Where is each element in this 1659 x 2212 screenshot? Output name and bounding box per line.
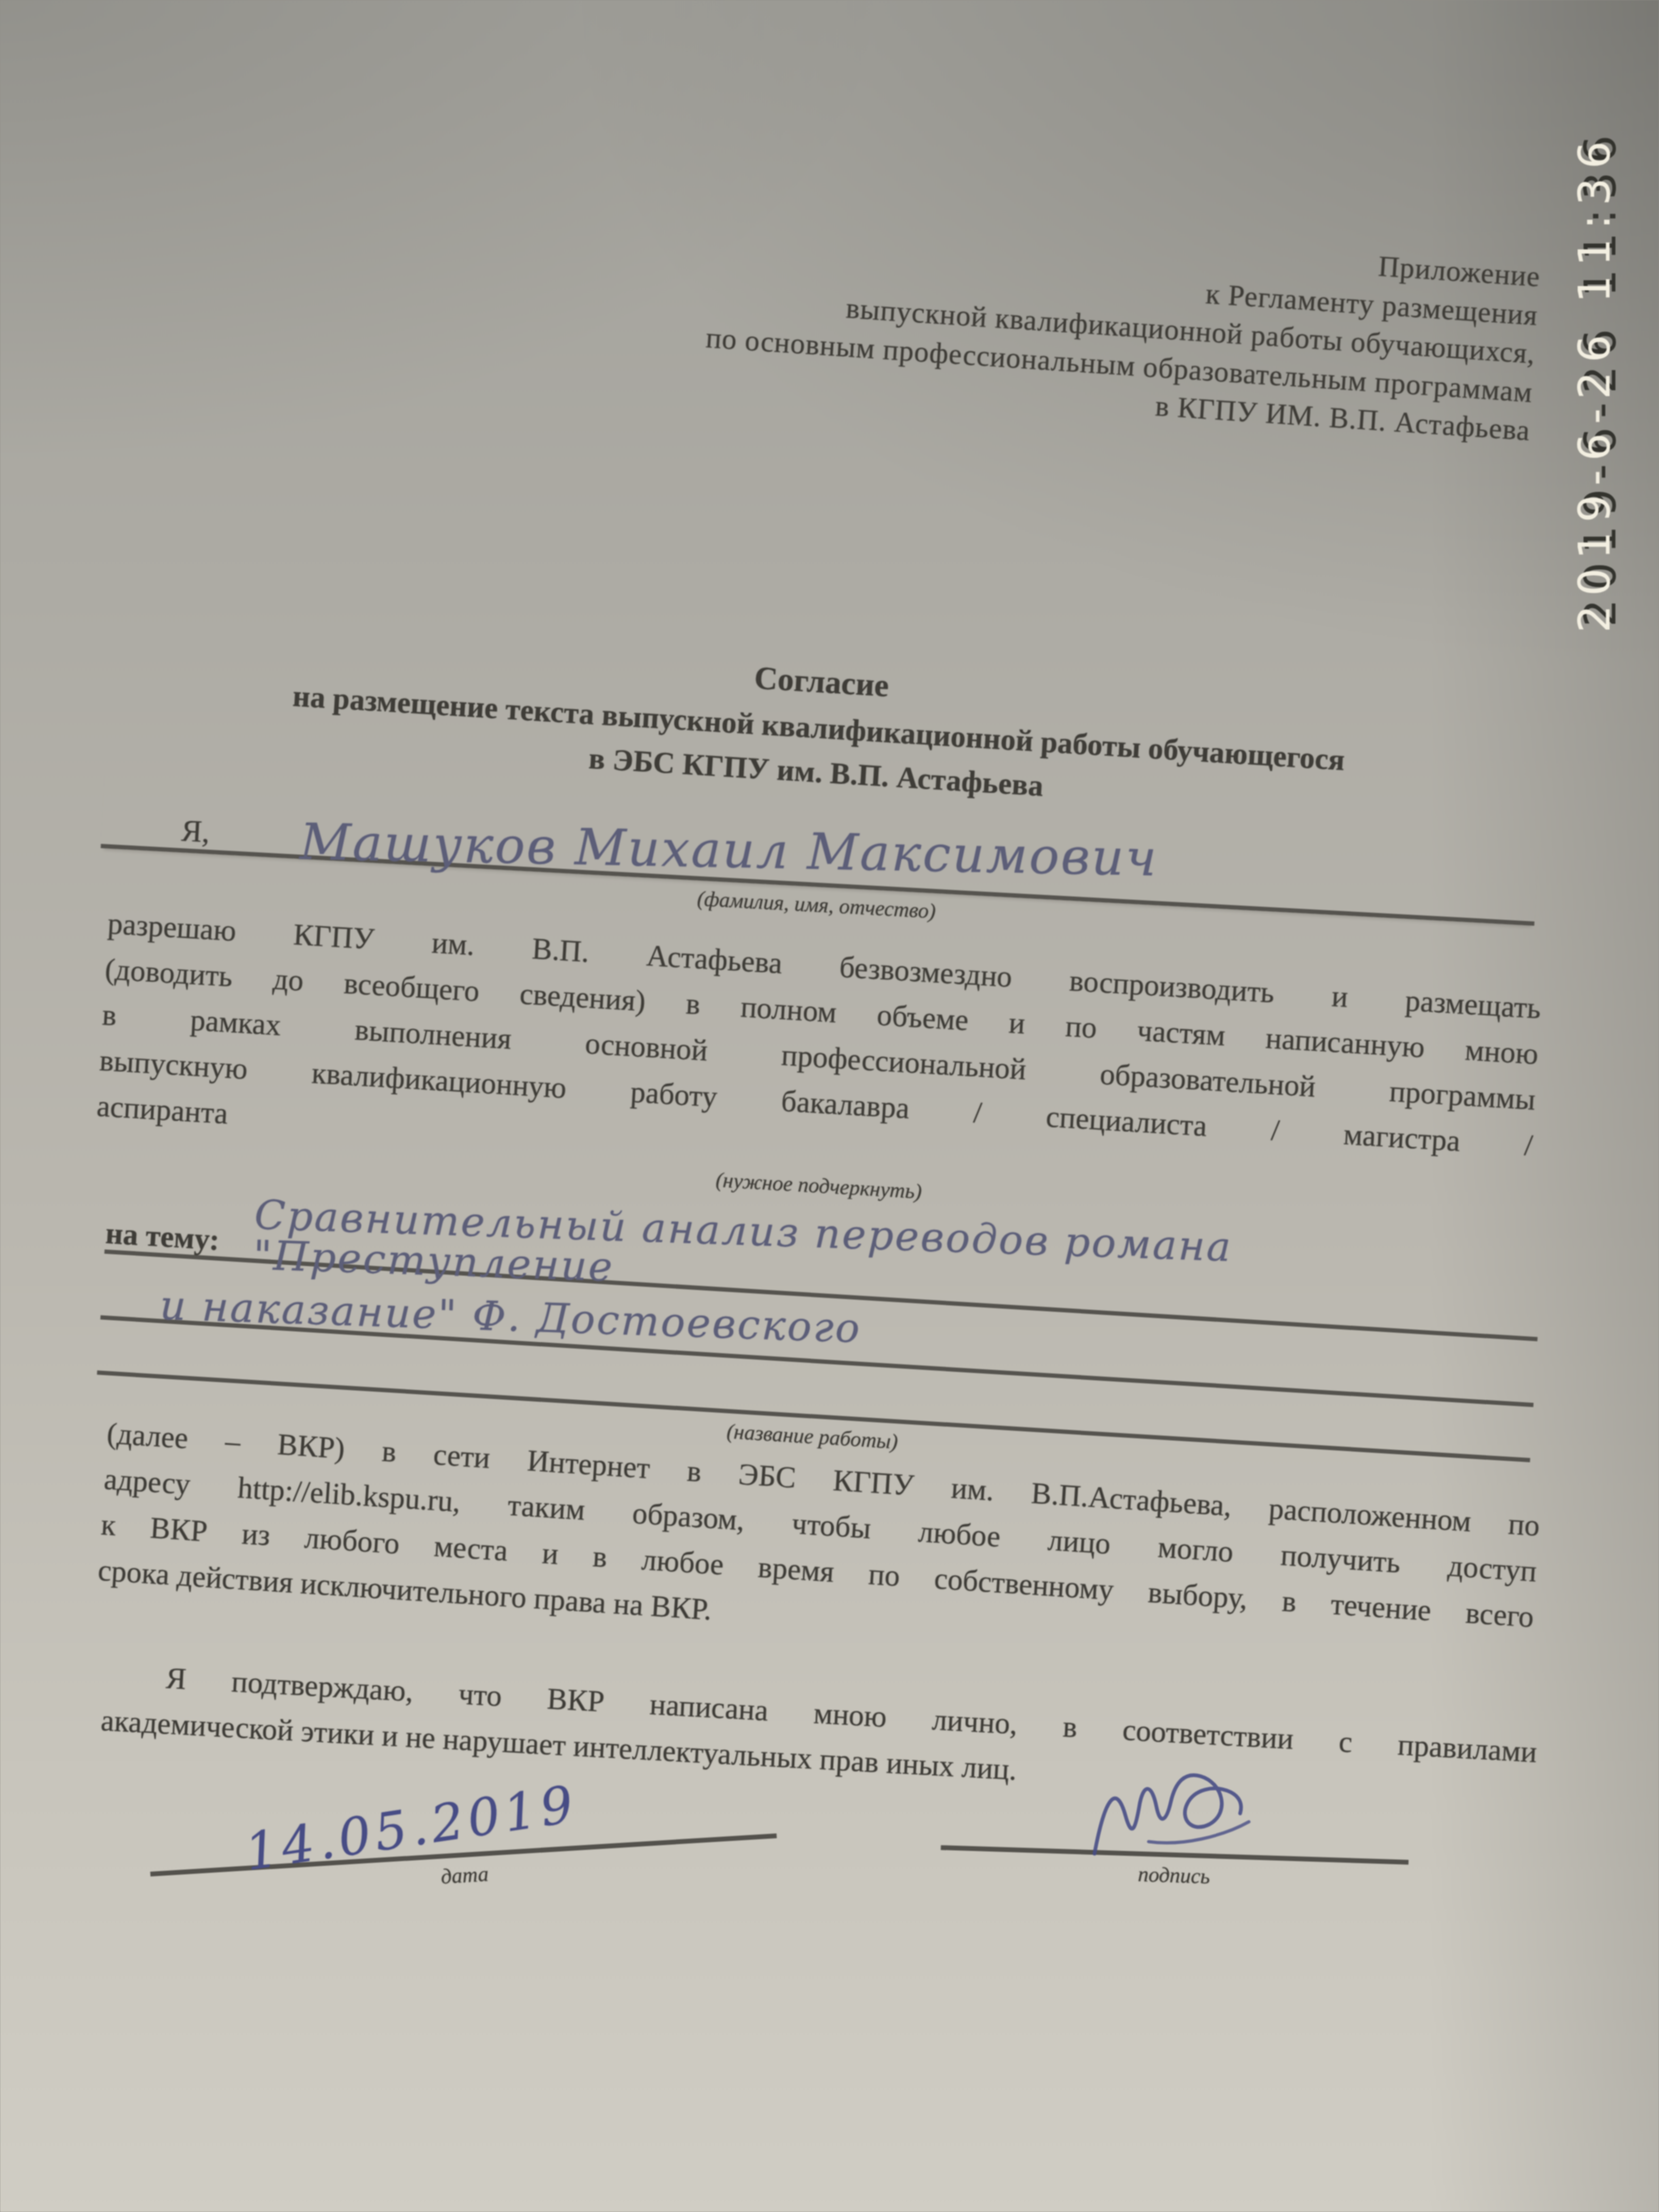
signature-column: подпись: [940, 1786, 1410, 1895]
date-column: 14.05.2019 дата: [147, 1774, 779, 1906]
photo-background: Приложение к Регламенту размещения выпус…: [0, 0, 1659, 2212]
document-page: Приложение к Регламенту размещения выпус…: [101, 210, 1537, 1887]
header-block: Приложение к Регламенту размещения выпус…: [96, 163, 1541, 450]
camera-timestamp: 2019-6-26 11:36: [1570, 0, 1633, 633]
footer-sign-area: 14.05.2019 дата подпись: [101, 1793, 1537, 1887]
topic-label: на тему:: [105, 1218, 221, 1255]
i-pronoun-label: Я,: [181, 815, 211, 848]
